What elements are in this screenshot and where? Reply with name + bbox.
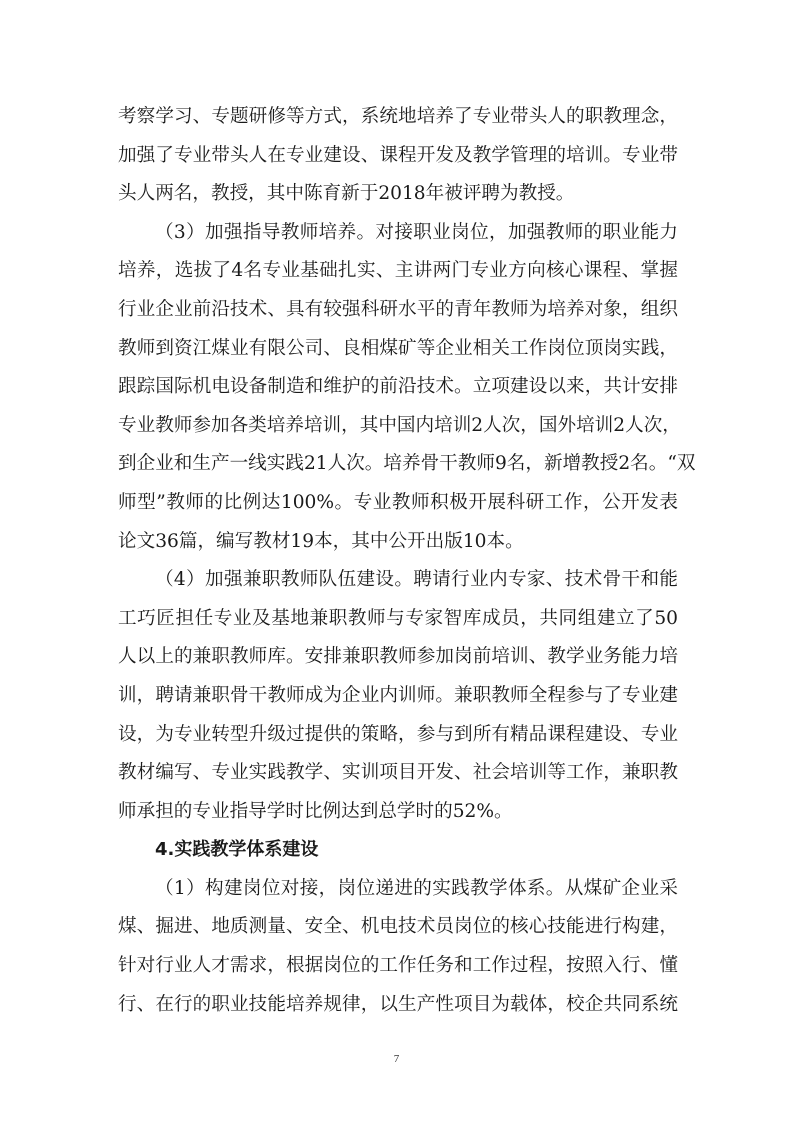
text-line: （3）加强指导教师培养。对接职业岗位，加强教师的职业能力	[118, 214, 678, 253]
text-line: 煤、掘进、地质测量、安全、机电技术员岗位的核心技能进行构建，	[118, 908, 678, 947]
text-line: 培养，选拔了4名专业基础扎实、主讲两门专业方向核心课程、掌握	[118, 252, 678, 291]
text-line: 专业教师参加各类培养培训，其中国内培训2人次，国外培训2人次，	[118, 407, 678, 446]
text-line: 人以上的兼职教师库。安排兼职教师参加岗前培训、教学业务能力培	[118, 638, 678, 677]
text-line: 头人两名，教授，其中陈育新于2018年被评聘为教授。	[118, 175, 678, 214]
document-page: 考察学习、专题研修等方式，系统地培养了专业带头人的职教理念， 加强了专业带头人在…	[0, 0, 793, 1122]
page-number: 7	[0, 1053, 793, 1065]
text-line: 设，为专业转型升级过提供的策略，参与到所有精品课程建设、专业	[118, 716, 678, 755]
text-line: 跟踪国际机电设备制造和维护的前沿技术。立项建设以来，共计安排	[118, 368, 678, 407]
text-line: 到企业和生产一线实践21人次。培养骨干教师9名，新增教授2名。“双	[118, 445, 678, 484]
text-line: 工巧匠担任专业及基地兼职教师与专家智库成员，共同组建立了50	[118, 600, 678, 639]
text-line: 考察学习、专题研修等方式，系统地培养了专业带头人的职教理念，	[118, 98, 678, 137]
text-line: 论文36篇，编写教材19本，其中公开出版10本。	[118, 523, 678, 562]
text-line: 师型”教师的比例达100%。专业教师积极开展科研工作，公开发表	[118, 484, 678, 523]
text-line: 教师到资江煤业有限公司、良相煤矿等企业相关工作岗位顶岗实践，	[118, 330, 678, 369]
text-line: 训，聘请兼职骨干教师成为企业内训师。兼职教师全程参与了专业建	[118, 677, 678, 716]
text-line: 师承担的专业指导学时比例达到总学时的52%。	[118, 793, 678, 832]
paragraph-4-1-practice-system: （1）构建岗位对接，岗位递进的实践教学体系。从煤矿企业采 煤、掘进、地质测量、安…	[118, 870, 678, 1024]
section-heading: 4.实践教学体系建设	[118, 831, 678, 870]
text-line: 加强了专业带头人在专业建设、课程开发及教学管理的培训。专业带	[118, 137, 678, 176]
text-line: （1）构建岗位对接，岗位递进的实践教学体系。从煤矿企业采	[118, 870, 678, 909]
text-line: 行业企业前沿技术、具有较强科研水平的青年教师为培养对象，组织	[118, 291, 678, 330]
paragraph-3-instructor-training: （3）加强指导教师培养。对接职业岗位，加强教师的职业能力 培养，选拔了4名专业基…	[118, 214, 678, 561]
text-line: 行、在行的职业技能培养规律，以生产性项目为载体，校企共同系统	[118, 986, 678, 1025]
text-line: 针对行业人才需求，根据岗位的工作任务和工作过程，按照入行、懂	[118, 947, 678, 986]
page-body: 考察学习、专题研修等方式，系统地培养了专业带头人的职教理念， 加强了专业带头人在…	[118, 98, 678, 1024]
paragraph-continued: 考察学习、专题研修等方式，系统地培养了专业带头人的职教理念， 加强了专业带头人在…	[118, 98, 678, 214]
text-line: 教材编写、专业实践教学、实训项目开发、社会培训等工作，兼职教	[118, 754, 678, 793]
paragraph-4-parttime-teachers: （4）加强兼职教师队伍建设。聘请行业内专家、技术骨干和能 工巧匠担任专业及基地兼…	[118, 561, 678, 831]
text-line: （4）加强兼职教师队伍建设。聘请行业内专家、技术骨干和能	[118, 561, 678, 600]
